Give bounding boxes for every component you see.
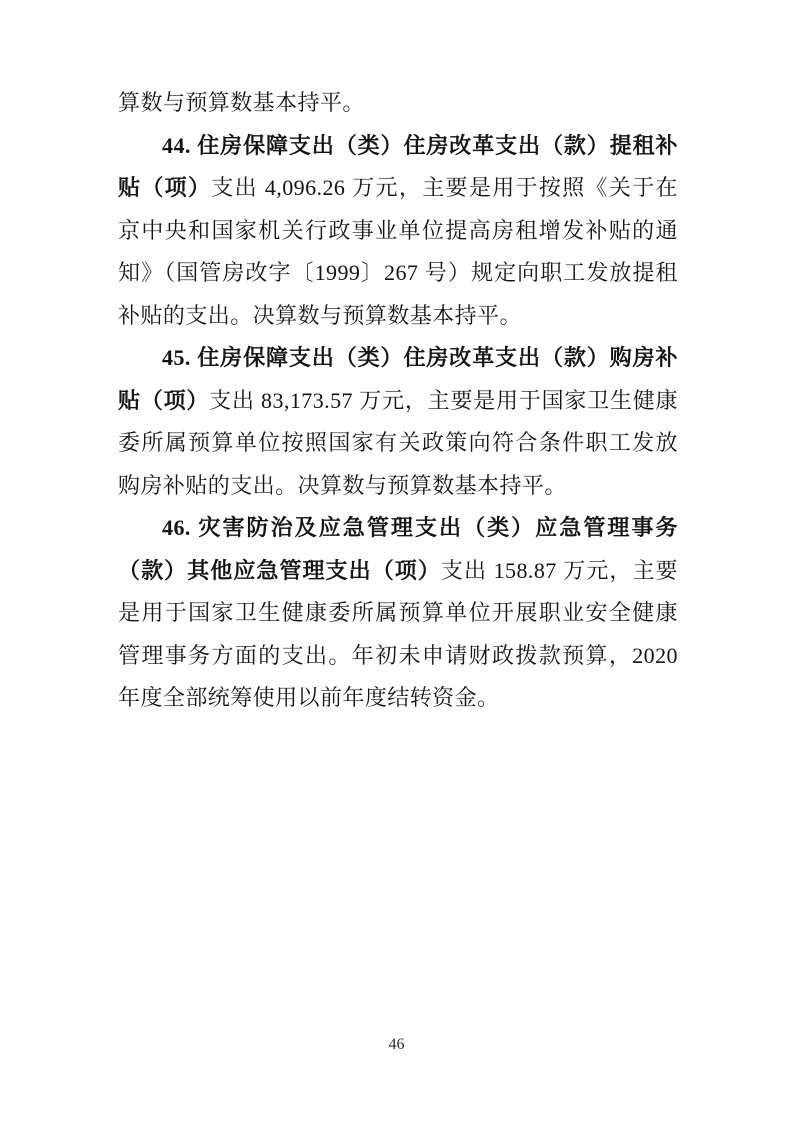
paragraph-continuation-text: 算数与预算数基本持平。 [118, 90, 365, 115]
text-block: 算数与预算数基本持平。 44. 住房保障支出（类）住房改革支出（款）提租补贴（项… [118, 82, 678, 720]
document-page: 算数与预算数基本持平。 44. 住房保障支出（类）住房改革支出（款）提租补贴（项… [0, 0, 793, 1122]
page-number: 46 [0, 1034, 793, 1056]
paragraph-45: 45. 住房保障支出（类）住房改革支出（款）购房补贴（项）支出 83,173.5… [118, 337, 678, 507]
paragraph-continuation: 算数与预算数基本持平。 [118, 82, 678, 125]
paragraph-44: 44. 住房保障支出（类）住房改革支出（款）提租补贴（项）支出 4,096.26… [118, 125, 678, 338]
paragraph-46: 46. 灾害防治及应急管理支出（类）应急管理事务（款）其他应急管理支出（项）支出… [118, 507, 678, 720]
